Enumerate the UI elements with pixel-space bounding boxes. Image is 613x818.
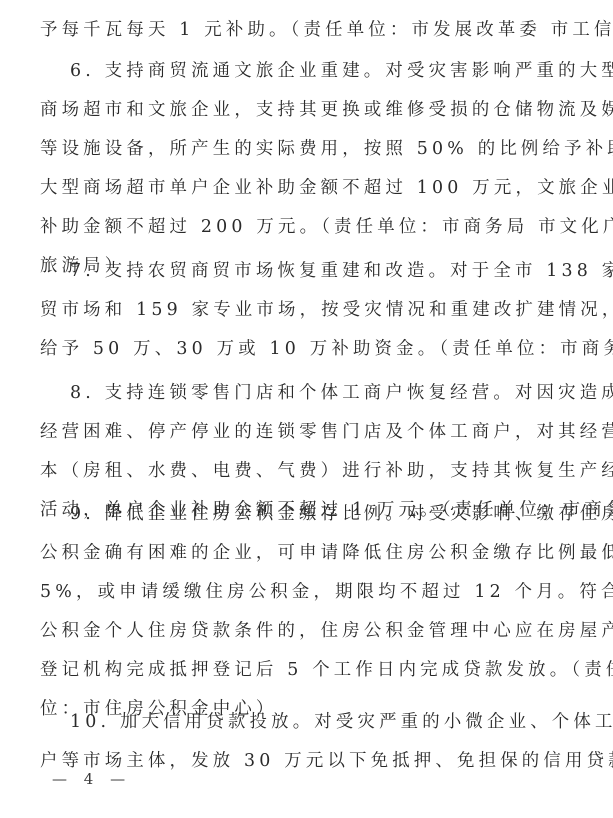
item-7-line: 贸市场和 159 家专业市场，按受灾情况和重建改扩建情况，分别 — [40, 295, 560, 325]
item-6-line: 商场超市和文旅企业，支持其更换或维修受损的仓储物流及娱乐 — [40, 95, 560, 125]
item-6-line: 大型商场超市单户企业补助金额不超过 100 万元，文旅企业单户 — [40, 173, 560, 203]
paragraph-5-tail-line: 予每千瓦每天 1 元补助。（责任单位：市发展改革委 市工信局） — [40, 15, 560, 45]
item-9-line: 登记机构完成抵押登记后 5 个工作日内完成贷款发放。（责任单 — [40, 655, 560, 685]
item-9-line: 公积金个人住房贷款条件的，住房公积金管理中心应在房屋产权 — [40, 616, 560, 646]
item-9-heading-line: 9. 降低企业住房公积金缴存比例。对受灾影响、缴存住房 — [70, 499, 560, 529]
item-10-heading-line: 10. 加大信用贷款投放。对受灾严重的小微企业、个体工商 — [70, 707, 560, 737]
item-9-line: 5%，或申请缓缴住房公积金，期限均不超过 12 个月。符合住房 — [40, 577, 560, 607]
page-number: — 4 — — [52, 770, 131, 788]
item-8-heading-line: 8. 支持连锁零售门店和个体工商户恢复经营。对因灾造成 — [70, 378, 560, 408]
item-6-line: 等设施设备，所产生的实际费用，按照 50% 的比例给予补助， — [40, 134, 560, 164]
item-7-heading-line: 7. 支持农贸商贸市场恢复重建和改造。对于全市 138 家农 — [70, 256, 560, 286]
item-6-heading-line: 6. 支持商贸流通文旅企业重建。对受灾害影响严重的大型 — [70, 56, 560, 86]
document-page: 予每千瓦每天 1 元补助。（责任单位：市发展改革委 市工信局） 6. 支持商贸流… — [0, 0, 613, 818]
item-7-last-line: 给予 50 万、30 万或 10 万补助资金。（责任单位：市商务局） — [40, 334, 560, 364]
item-9-line: 公积金确有困难的企业，可申请降低住房公积金缴存比例最低至 — [40, 538, 560, 568]
item-8-line: 经营困难、停产停业的连锁零售门店及个体工商户，对其经营成 — [40, 417, 560, 447]
item-6-line: 补助金额不超过 200 万元。（责任单位：市商务局 市文化广电和 — [40, 212, 560, 242]
item-8-line: 本（房租、水费、电费、气费）进行补助，支持其恢复生产经营 — [40, 456, 560, 486]
